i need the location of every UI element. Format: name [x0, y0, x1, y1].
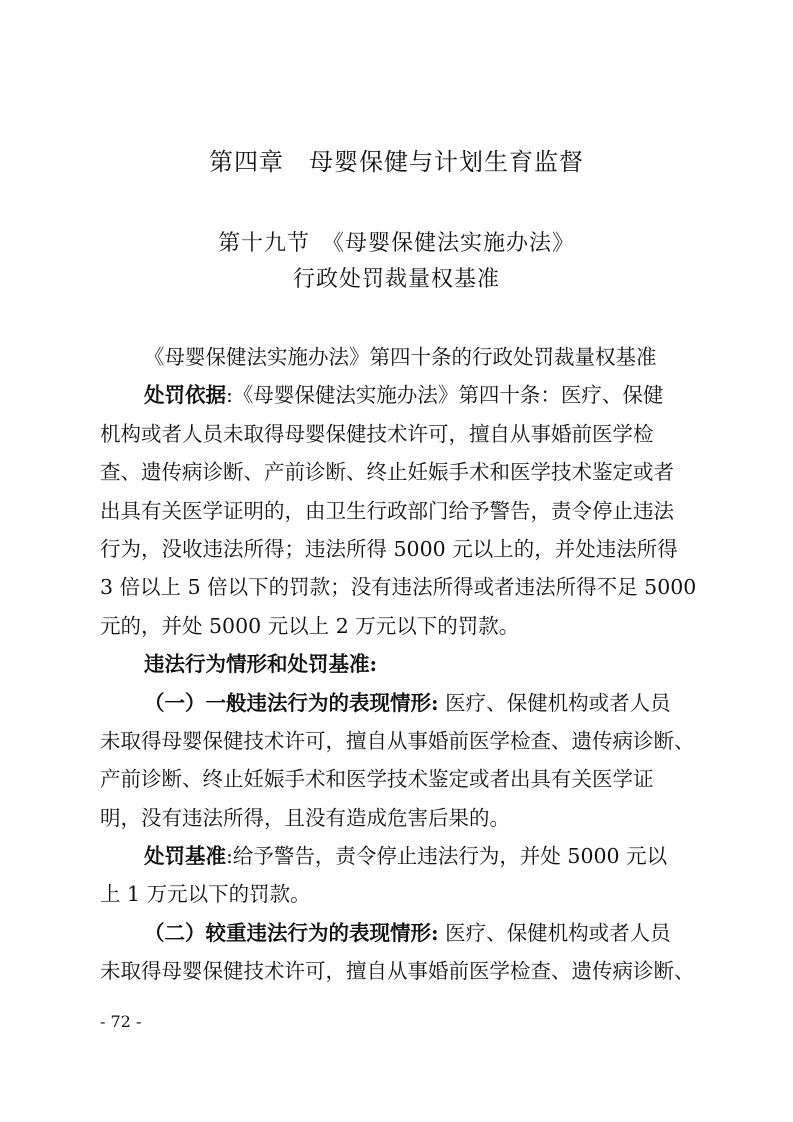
line-text: 医疗、保健机构或者人员 — [439, 921, 671, 945]
line-text: 明，没有违法所得，且没有造成危害后果的。 — [100, 806, 510, 830]
line-text: :给予警告，责令停止违法行为，并处 5000 元以 — [226, 844, 667, 868]
text-line: 明，没有违法所得，且没有造成危害后果的。 — [100, 799, 700, 837]
text-line: 处罚依据:《母婴保健法实施办法》第四十条：医疗、保健 — [100, 376, 700, 414]
line-text: 《母婴保健法实施办法》第四十条的行政处罚裁量权基准 — [144, 345, 657, 369]
text-line: 产前诊断、终止妊娠手术和医学技术鉴定或者出具有关医学证 — [100, 760, 700, 798]
section-subtitle: 行政处罚裁量权基准 — [0, 262, 793, 293]
body-text: 《母婴保健法实施办法》第四十条的行政处罚裁量权基准处罚依据:《母婴保健法实施办法… — [100, 338, 700, 991]
chapter-title: 第四章 母婴保健与计划生育监督 — [0, 142, 793, 177]
line-text: 3 倍以上 5 倍以下的罚款；没有违法所得或者违法所得不足 5000 — [100, 575, 696, 599]
text-line: （一）一般违法行为的表现情形: 医疗、保健机构或者人员 — [100, 684, 700, 722]
text-line: 出具有关医学证明的，由卫生行政部门给予警告，责令停止违法 — [100, 492, 700, 530]
text-line: 元的，并处 5000 元以上 2 万元以下的罚款。 — [100, 607, 700, 645]
bold-label: （一）一般违法行为的表现情形: — [144, 691, 439, 715]
text-line: 《母婴保健法实施办法》第四十条的行政处罚裁量权基准 — [100, 338, 700, 376]
text-line: 机构或者人员未取得母婴保健技术许可，擅自从事婚前医学检 — [100, 415, 700, 453]
text-line: 3 倍以上 5 倍以下的罚款；没有违法所得或者违法所得不足 5000 — [100, 568, 700, 606]
line-text: 医疗、保健机构或者人员 — [439, 691, 671, 715]
line-text: :《母婴保健法实施办法》第四十条：医疗、保健 — [226, 383, 663, 407]
line-text: 机构或者人员未取得母婴保健技术许可，擅自从事婚前医学检 — [100, 422, 654, 446]
bold-label: 处罚依据 — [144, 383, 226, 407]
text-line: 违法行为情形和处罚基准: — [100, 645, 700, 683]
line-text: 出具有关医学证明的，由卫生行政部门给予警告，责令停止违法 — [100, 499, 674, 523]
text-line: 处罚基准:给予警告，责令停止违法行为，并处 5000 元以 — [100, 837, 700, 875]
text-line: 行为，没收违法所得；违法所得 5000 元以上的，并处违法所得 — [100, 530, 700, 568]
text-line: 查、遗传病诊断、产前诊断、终止妊娠手术和医学技术鉴定或者 — [100, 453, 700, 491]
line-text: 查、遗传病诊断、产前诊断、终止妊娠手术和医学技术鉴定或者 — [100, 460, 674, 484]
page-number: - 72 - — [100, 1012, 141, 1031]
line-text: 上 1 万元以下的罚款。 — [100, 882, 311, 906]
document-page: 第四章 母婴保健与计划生育监督 第十九节 《母婴保健法实施办法》 行政处罚裁量权… — [0, 0, 793, 1122]
bold-label: （二）较重违法行为的表现情形: — [144, 921, 439, 945]
bold-label: 处罚基准 — [144, 844, 226, 868]
bold-label: 违法行为情形和处罚基准: — [144, 652, 377, 676]
line-text: 元的，并处 5000 元以上 2 万元以下的罚款。 — [100, 614, 519, 638]
text-line: 上 1 万元以下的罚款。 — [100, 875, 700, 913]
section-title: 第十九节 《母婴保健法实施办法》 — [0, 226, 793, 257]
line-text: 产前诊断、终止妊娠手术和医学技术鉴定或者出具有关医学证 — [100, 767, 654, 791]
line-text: 行为，没收违法所得；违法所得 5000 元以上的，并处违法所得 — [100, 537, 678, 561]
text-line: 未取得母婴保健技术许可，擅自从事婚前医学检查、遗传病诊断、 — [100, 952, 700, 990]
text-line: （二）较重违法行为的表现情形: 医疗、保健机构或者人员 — [100, 914, 700, 952]
line-text: 未取得母婴保健技术许可，擅自从事婚前医学检查、遗传病诊断、 — [100, 729, 695, 753]
text-line: 未取得母婴保健技术许可，擅自从事婚前医学检查、遗传病诊断、 — [100, 722, 700, 760]
line-text: 未取得母婴保健技术许可，擅自从事婚前医学检查、遗传病诊断、 — [100, 959, 695, 983]
